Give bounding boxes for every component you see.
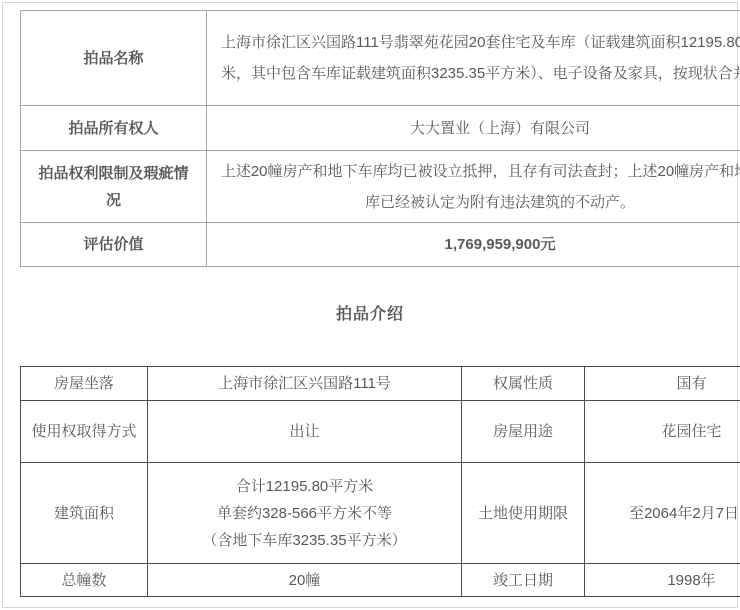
auction-name-label: 拍品名称 bbox=[21, 11, 207, 106]
table-row: 拍品名称 上海市徐汇区兴国路111号翡翠苑花园20套住宅及车库（证载建筑面积12… bbox=[21, 11, 740, 106]
property-intro-table: 房屋坐落 上海市徐汇区兴国路111号 权属性质 国有 使用权取得方式 出让 房屋… bbox=[20, 366, 740, 597]
ownership-nature-label: 权属性质 bbox=[462, 367, 585, 401]
table-row: 房屋坐落 上海市徐汇区兴国路111号 权属性质 国有 bbox=[21, 367, 740, 401]
appraised-value-amount: 1,769,959,900元 bbox=[207, 223, 740, 267]
table-row: 建筑面积 合计12195.80平方米 单套约328-566平方米不等 （含地下车… bbox=[21, 463, 740, 564]
table-row: 评估价值 1,769,959,900元 bbox=[21, 223, 740, 267]
auction-restrictions-value: 上述20幢房产和地下车库均已被设立抵押，且存有司法查封；上述20幢房产和地下车库… bbox=[207, 151, 740, 223]
total-buildings-label: 总幢数 bbox=[21, 564, 148, 597]
auction-summary-table: 拍品名称 上海市徐汇区兴国路111号翡翠苑花园20套住宅及车库（证载建筑面积12… bbox=[20, 10, 740, 267]
completion-date-label: 竣工日期 bbox=[462, 564, 585, 597]
table-row: 拍品所有权人 大大置业（上海）有限公司 bbox=[21, 106, 740, 151]
auction-name-value: 上海市徐汇区兴国路111号翡翠苑花园20套住宅及车库（证载建筑面积12195.8… bbox=[207, 11, 740, 106]
land-use-term-label: 土地使用期限 bbox=[462, 463, 585, 564]
auction-owner-value: 大大置业（上海）有限公司 bbox=[207, 106, 740, 151]
land-use-term-value: 至2064年2月7日止 bbox=[585, 463, 740, 564]
house-usage-label: 房屋用途 bbox=[462, 401, 585, 463]
auction-restrictions-label: 拍品权利限制及瑕疵情况 bbox=[21, 151, 207, 223]
total-buildings-value: 20幢 bbox=[148, 564, 462, 597]
table-row: 总幢数 20幢 竣工日期 1998年 bbox=[21, 564, 740, 597]
appraised-value-label: 评估价值 bbox=[21, 223, 207, 267]
table-row: 拍品权利限制及瑕疵情况 上述20幢房产和地下车库均已被设立抵押，且存有司法查封；… bbox=[21, 151, 740, 223]
completion-date-value: 1998年 bbox=[585, 564, 740, 597]
auction-owner-label: 拍品所有权人 bbox=[21, 106, 207, 151]
building-area-value: 合计12195.80平方米 单套约328-566平方米不等 （含地下车库3235… bbox=[148, 463, 462, 564]
ownership-nature-value: 国有 bbox=[585, 367, 740, 401]
use-right-acquisition-label: 使用权取得方式 bbox=[21, 401, 148, 463]
house-usage-value: 花园住宅 bbox=[585, 401, 740, 463]
house-location-value: 上海市徐汇区兴国路111号 bbox=[148, 367, 462, 401]
section-title: 拍品介绍 bbox=[0, 301, 740, 324]
use-right-acquisition-value: 出让 bbox=[148, 401, 462, 463]
building-area-label: 建筑面积 bbox=[21, 463, 148, 564]
auction-detail-page: 拍品名称 上海市徐汇区兴国路111号翡翠苑花园20套住宅及车库（证载建筑面积12… bbox=[0, 0, 740, 610]
table-row: 使用权取得方式 出让 房屋用途 花园住宅 bbox=[21, 401, 740, 463]
house-location-label: 房屋坐落 bbox=[21, 367, 148, 401]
